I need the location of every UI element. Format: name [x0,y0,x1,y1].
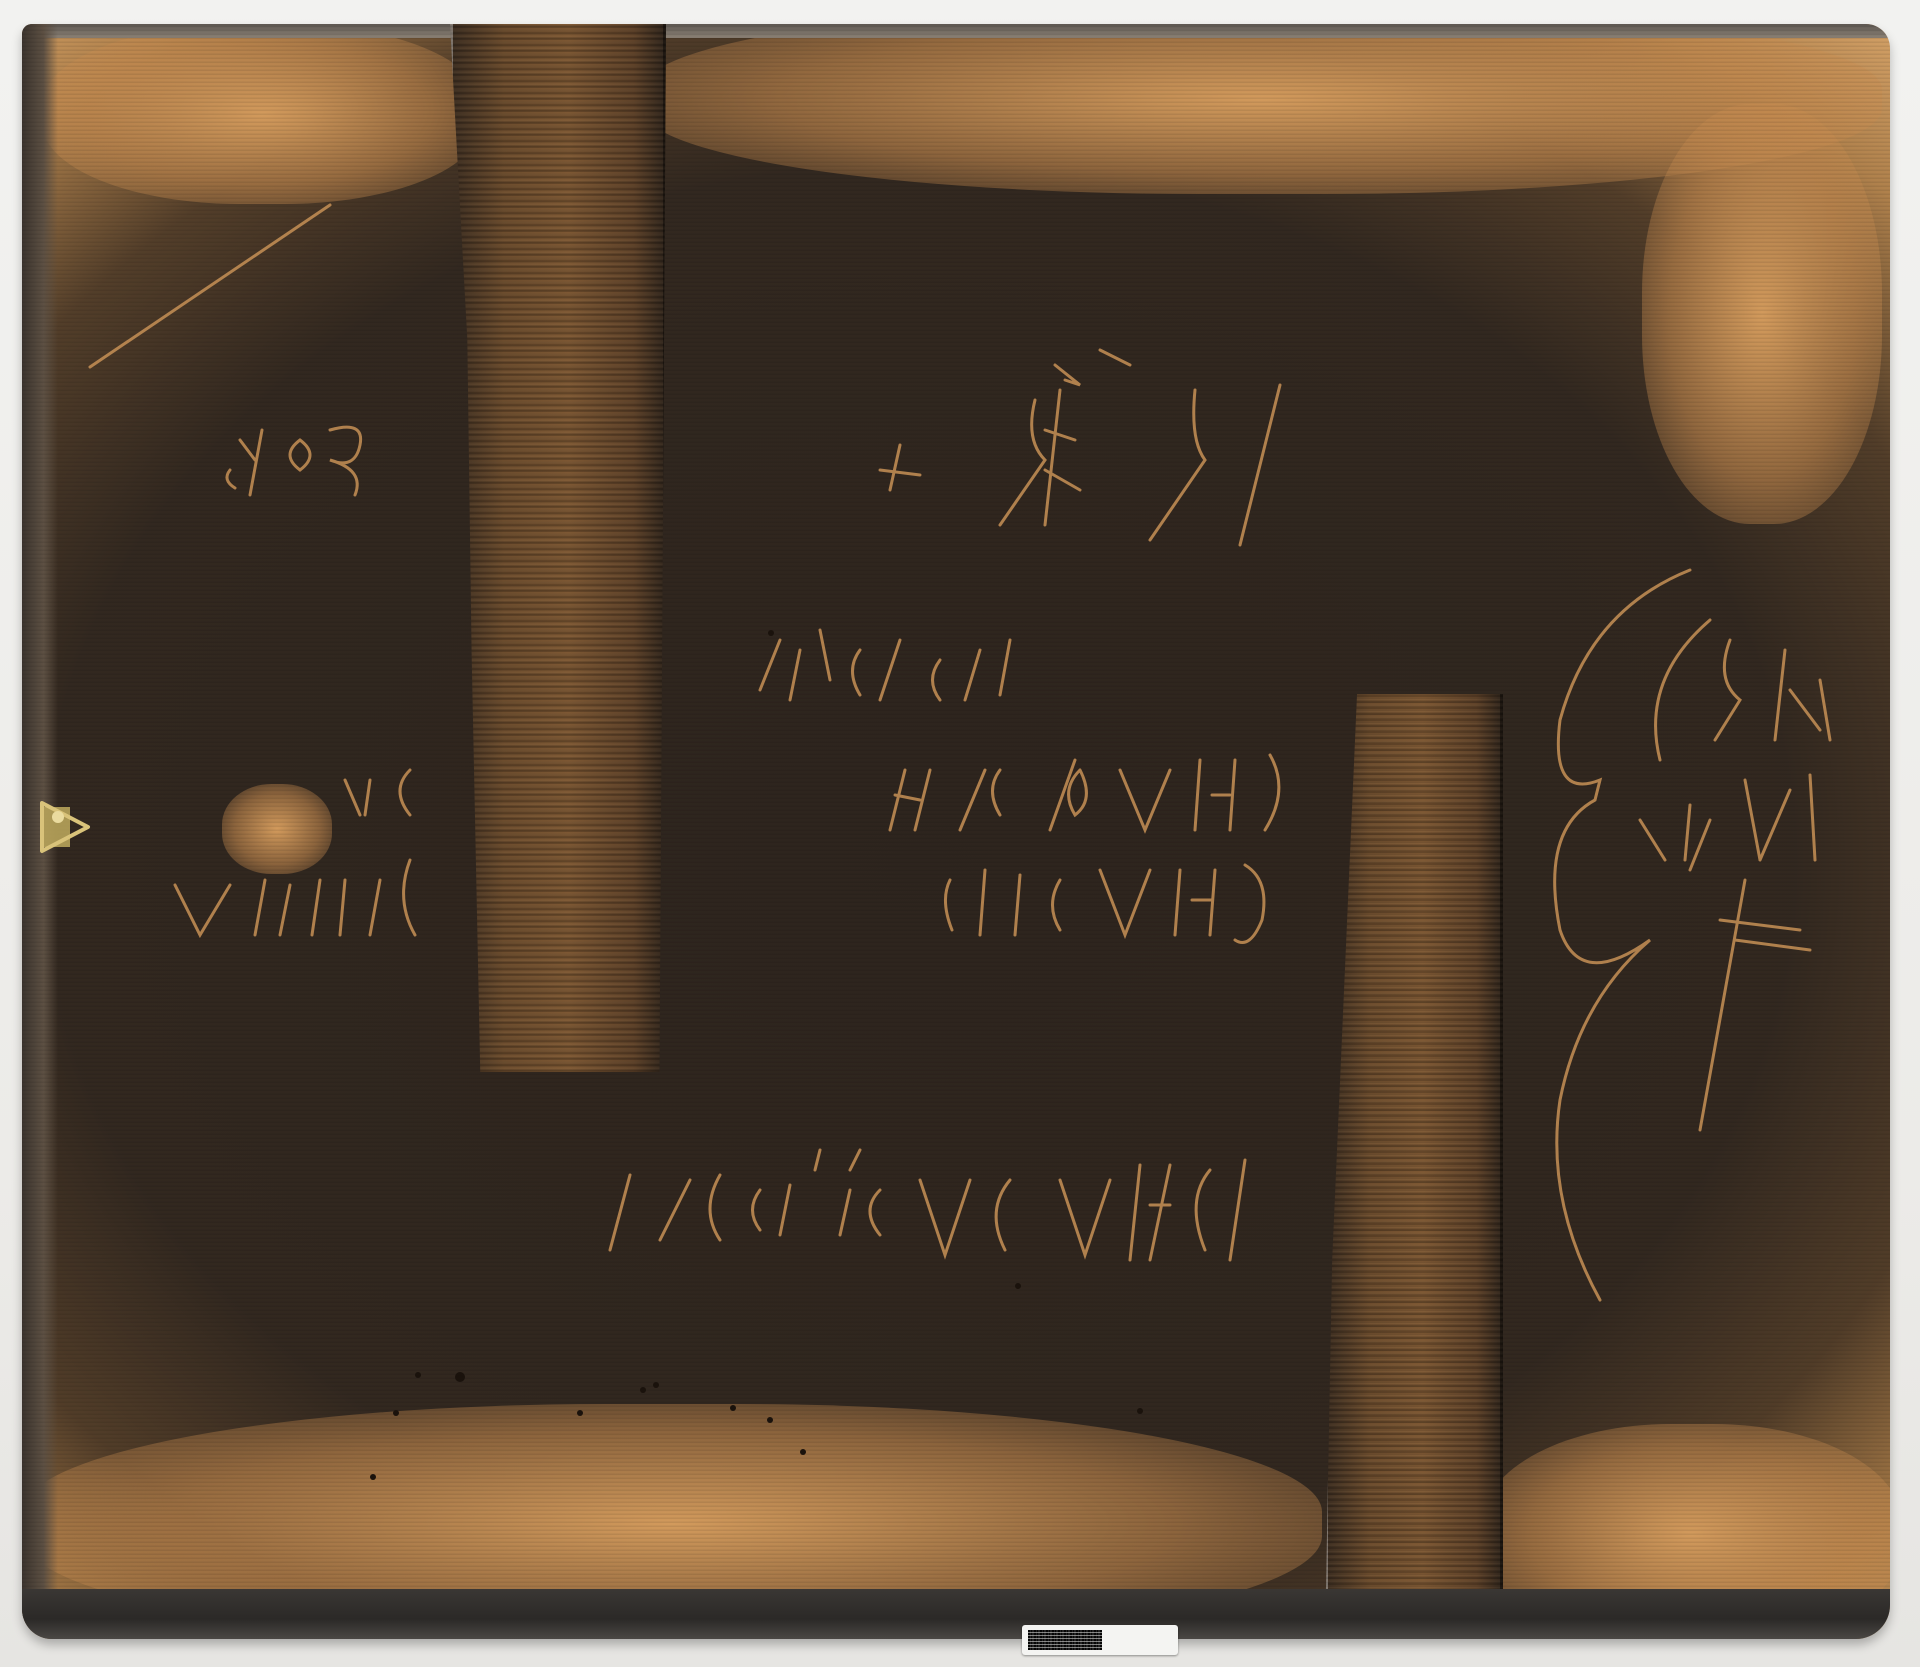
carving-center-row2 [890,755,1279,830]
carved-inscriptions [0,0,1920,1667]
carving-center-row1 [760,630,1010,700]
carving-top-center [880,350,1280,545]
carving-left-upper [227,427,361,495]
scratch-line [90,205,330,367]
brass-hanging-ring-icon [28,797,98,855]
carving-center-row3 [945,865,1263,943]
inventory-barcode-label [1022,1625,1178,1655]
carving-lower-center [610,1150,1245,1260]
carving-left-lower [175,770,415,935]
carving-right-side [1555,570,1830,1300]
worm-holes [370,630,1143,1480]
barcode-icon [1028,1630,1102,1650]
